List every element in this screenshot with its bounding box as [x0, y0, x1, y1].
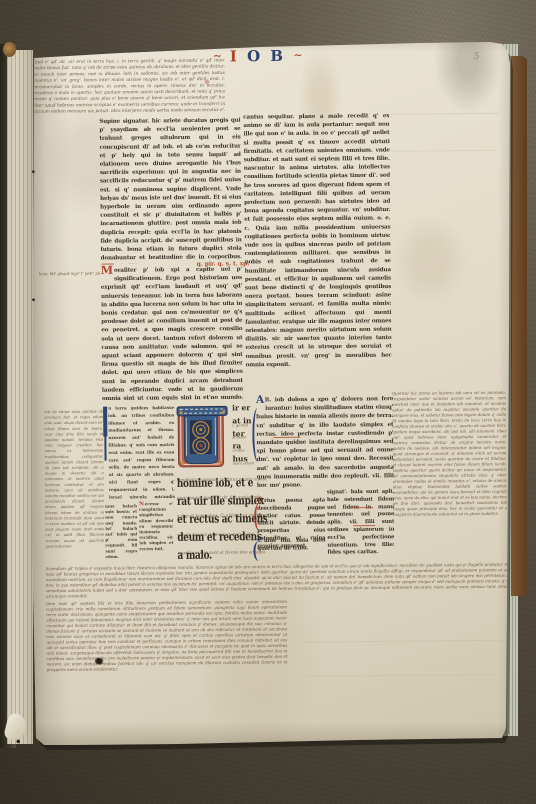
main-column-left-upper: Supine signatur. hic ariete ducatus greg…	[99, 115, 241, 263]
bible-display-block: simplicitate morum laudatur et uite cust…	[177, 466, 268, 561]
interlinear-gloss: scilicet	[232, 435, 246, 440]
top-margin-gloss: Quid e' qd' ait. uir erat in terra hus. …	[33, 57, 226, 115]
red-underline	[102, 263, 114, 264]
right-column-a-block: Alt. iob dolens a xpo q' dolores non fer…	[256, 394, 394, 495]
bottom-annotation-left: Item nota qd' septem filii et tres filie…	[46, 599, 288, 692]
ruling-line	[391, 113, 499, 115]
red-underline	[349, 507, 373, 508]
right-sub-c-block: Cuius filii. bala mon quartum de tribu.	[257, 536, 325, 563]
bible-display-line: homine iob, et e	[177, 475, 253, 490]
bottom-annotation-full: Sciendum qd' triplex e' expositio huius …	[46, 562, 509, 601]
bible-display-line: rat uir ille simplex	[177, 493, 264, 508]
page-content: ∼ I O B ∼ 5 Quid e' qd' ait. uir erat in…	[0, 0, 536, 804]
commentary-text: uius filii. bala mon quartum de tribu.	[257, 536, 325, 551]
bible-side-lines: ir er i. gentili at in scilicet ter arab…	[232, 403, 263, 466]
bible-display-line: et rectus ac timens	[177, 511, 267, 526]
manuscript-photograph: ∼ I O B ∼ 5 Quid e' qd' ait. uir erat in…	[0, 0, 536, 804]
title-flourish-right: ∼	[293, 49, 302, 62]
bible-side-line: ir er	[232, 403, 262, 412]
main-column-right-upper: cantus sequitur. plane a malo recedit q'…	[243, 111, 392, 394]
inner-gloss-column: n terra quidem habitasse iob. an tribus …	[108, 404, 175, 502]
ruling-line	[392, 150, 498, 152]
left-margin-gloss: Iob de stirpe esau quintus ab abraham fu…	[44, 409, 104, 550]
red-initial-n: N	[139, 501, 144, 506]
ruling-line	[301, 674, 497, 677]
main-column-left-lower: Moraliter p' iob xpi a capite uel p' sig…	[101, 264, 243, 401]
bible-display-line: deum et recedens	[177, 529, 261, 544]
ink-speck	[16, 739, 20, 743]
ink-speck	[32, 170, 35, 173]
bible-display-line: a malo.	[177, 548, 212, 561]
inner-gloss-sub-left: mus balach suis bosra: et non cuncta usq…	[105, 503, 138, 565]
left-margin-note: hanc litt' glosat mgr' t' petr' pictau'	[39, 271, 101, 281]
interlinear-gloss: i. gentili	[232, 423, 248, 428]
ink-blot	[94, 658, 103, 665]
ruling-line	[302, 640, 502, 643]
interlinear-gloss: iuxta edom	[233, 461, 254, 466]
red-underline	[353, 525, 375, 526]
commentary-text: oraliter p' iob xpi a capite uel p' sign…	[101, 265, 243, 402]
inner-gloss-sub-right: Necesse e' complurium simplicitas alium …	[139, 501, 174, 565]
illuminated-initial-v	[176, 401, 232, 469]
right-margin-gloss: Queritur hic primo an historia iob uera …	[392, 390, 507, 546]
blue-initial-bracket	[103, 407, 107, 437]
red-initial-m: M	[101, 266, 113, 276]
running-title-letter: O	[247, 47, 263, 65]
running-title-letter: I	[230, 47, 240, 65]
running-title-letter: B	[270, 47, 285, 65]
folio-number: 5	[474, 52, 480, 62]
commentary-text: lt. iob dolens a xpo q' dolores non fere…	[256, 395, 394, 489]
interlinear-gloss: arabie	[232, 448, 244, 453]
ink-speck	[32, 298, 35, 301]
gloss-text: ecesse e' complurium simplicitas alium d…	[139, 501, 173, 551]
blue-initial-bracket-tail	[104, 437, 106, 461]
